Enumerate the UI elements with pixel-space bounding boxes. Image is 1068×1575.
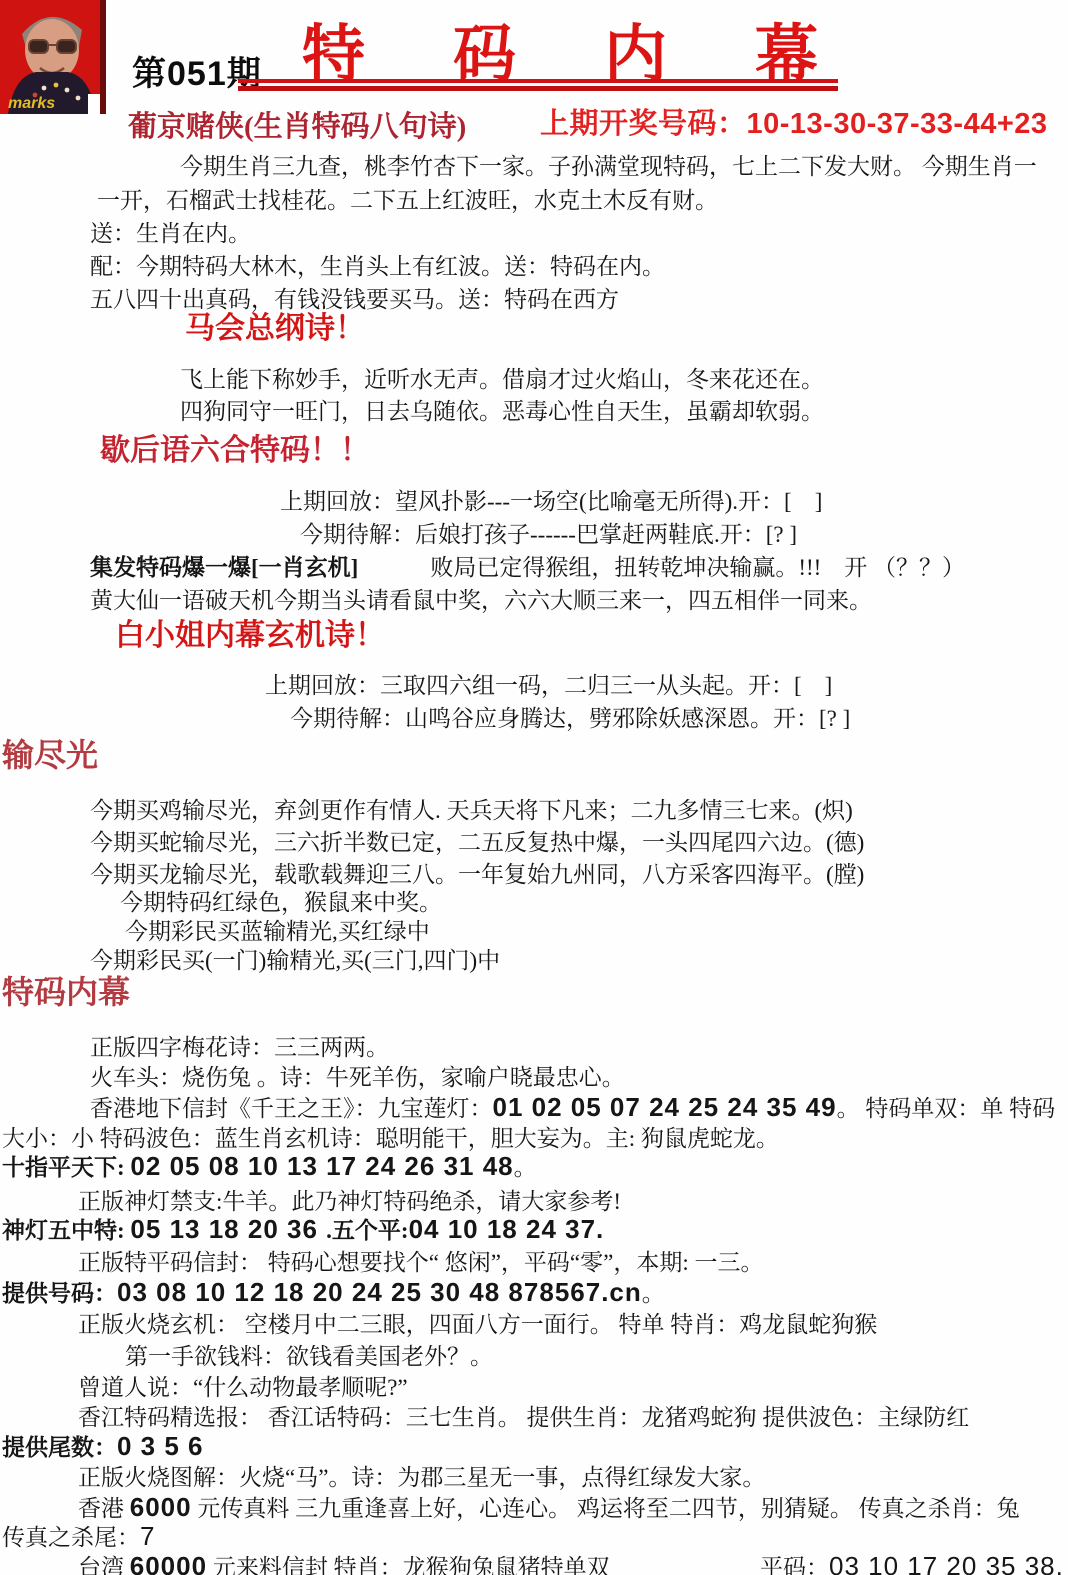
tip-line: 香港地下信封《千王之王》：九宝莲灯：01 02 05 07 24 25 24 3… <box>90 1092 1055 1124</box>
text-segment: 正版火烧图解：火烧“马”。诗：为郡三星无一事，点得红绿发大家。 <box>78 1465 765 1490</box>
text-segment: 今期待解：山鸣谷应身腾达，劈邪除妖感深恩。开：[? ] <box>290 706 850 731</box>
text-segment: 第一手欲钱料：欲钱看美国老外？。 <box>125 1344 493 1369</box>
sheet-body: 今期生肖三九查，桃李竹杏下一家。子孙满堂现特码，七上二下发大财。 今期生肖一一开… <box>0 0 1068 1575</box>
tip-line: 黄大仙一语破天机今期当头请看鼠中奖，六六大顺三来一，四五相伴一同来。 <box>90 586 872 616</box>
text-segment: 台湾 <box>78 1555 130 1575</box>
text-segment: 正版特平码信封： 特码心想要找个“ 悠闲”，平码“零”，本期: 一三。 <box>78 1250 763 1275</box>
text-segment: 马会总纲诗！ <box>185 312 365 345</box>
tip-line: 正版四字梅花诗：三三两两。 <box>90 1033 389 1063</box>
text-segment: 大小：小 特码波色：蓝生肖玄机诗：聪明能干，胆大妄为。主: 狗鼠虎蛇龙。 <box>2 1126 779 1151</box>
poem-line: 今期生肖三九查，桃李竹杏下一家。子孙满堂现特码，七上二下发大财。 今期生肖一 <box>180 152 1037 182</box>
text-segment: 四狗同守一旺门，日去乌随依。恶毒心性自天生，虽霸却软弱。 <box>180 399 824 424</box>
text-segment: 今期买龙输尽光，载歌载舞迎三八。一年复始九州同，八方采客四海平。(膛) <box>90 862 864 887</box>
text-segment: 五八四十出真码，有钱没钱要买马。送：特码在西方 <box>90 287 619 312</box>
number-sequence: 0 3 5 6 <box>117 1431 204 1461</box>
text-segment: 特码内幕 <box>2 974 130 1010</box>
text-segment: 香港地下信封《千王之王》：九宝莲灯： <box>90 1096 493 1121</box>
riddle-line: 今期待解：山鸣谷应身腾达，劈邪除妖感深恩。开：[? ] <box>290 704 850 734</box>
poem-line: 一开，石榴武士找桂花。二下五上红波旺，水克土木反有财。 <box>97 186 718 216</box>
text-segment: 今期彩民买蓝输精光,买红绿中 <box>125 919 430 944</box>
text-segment: 今期买蛇输尽光，三六折半数已定，二五反复热中爆，一头四尾四六边。(德) <box>90 830 864 855</box>
tip-line: 第一手欲钱料：欲钱看美国老外？。 <box>125 1342 493 1372</box>
number-sequence: 03 08 10 12 18 20 24 25 30 48 878567.cn <box>117 1277 642 1307</box>
poem-line: 送：生肖在内。 <box>90 219 251 249</box>
tip-line: 曾道人说：“什么动物最孝顺呢?” <box>78 1373 408 1403</box>
number-sequence: 7 <box>140 1521 155 1551</box>
text-segment: 正版四字梅花诗：三三两两。 <box>90 1035 389 1060</box>
text-segment: 神灯五中特: <box>2 1218 130 1243</box>
tip-line: 神灯五中特: 05 13 18 20 36 .五个平:04 10 18 24 3… <box>2 1214 604 1246</box>
tip-line: 集发特码爆一爆[一肖玄机]败局已定得猴组，扭转乾坤决输赢。!!! 开 （？？） <box>90 553 965 583</box>
poem-line: 四狗同守一旺门，日去乌随依。恶毒心性自天生，虽霸却软弱。 <box>180 397 824 427</box>
text-segment: 元传真料 三九重逢喜上好，心连心。 鸡运将至二四节，别猜疑。 传真之杀肖：兔 <box>192 1496 1020 1521</box>
text-segment: 传真之杀尾： <box>2 1525 140 1550</box>
tip-line: 香港 6000 元传真料 三九重逢喜上好，心连心。 鸡运将至二四节，别猜疑。 传… <box>78 1492 1020 1524</box>
number-sequence: 6000 <box>130 1492 192 1522</box>
text-segment: 十指平天下: <box>2 1155 130 1180</box>
section-heading-mahui: 马会总纲诗！ <box>185 314 365 344</box>
poem-line: 飞上能下称妙手，近听水无声。借扇才过火焰山，冬来花还在。 <box>180 365 824 395</box>
tip-line: 正版特平码信封： 特码心想要找个“ 悠闲”，平码“零”，本期: 一三。 <box>78 1248 763 1278</box>
text-segment: 。 特码单双：单 特码 <box>837 1096 1056 1121</box>
text-segment: .五个平: <box>326 1218 408 1243</box>
tip-line: 火车头：烧伤兔 。诗：牛死羊伤，家喻户晓最忠心。 <box>90 1063 625 1093</box>
number-sequence: 04 10 18 24 37. <box>409 1214 605 1244</box>
text-segment: 上期回放：望风扑影---一场空(比喻毫无所得).开：[ ] <box>280 489 822 514</box>
text-segment: 正版神灯禁支:牛羊。此乃神灯特码绝杀，请大家参考! <box>78 1189 621 1214</box>
text-segment: 元来料信封 特肖：龙猴狗兔鼠猪特单双 <box>207 1555 610 1575</box>
text-segment: 败局已定得猴组，扭转乾坤决输赢。!!! 开 （？？） <box>430 555 965 580</box>
poem-line: 五八四十出真码，有钱没钱要买马。送：特码在西方 <box>90 285 619 315</box>
tip-line: 十指平天下: 02 05 08 10 13 17 24 26 31 48。 <box>2 1151 537 1183</box>
tip-line: 今期买蛇输尽光，三六折半数已定，二五反复热中爆，一头四尾四六边。(德) <box>90 828 864 858</box>
tip-line: 今期彩民买(一门)输精光,买(三门,四门)中 <box>90 946 500 976</box>
text-segment: 今期彩民买(一门)输精光,买(三门,四门)中 <box>90 948 500 973</box>
text-segment: 今期生肖三九查，桃李竹杏下一家。子孙满堂现特码，七上二下发大财。 今期生肖一 <box>180 154 1037 179</box>
text-segment: 飞上能下称妙手，近听水无声。借扇才过火焰山，冬来花还在。 <box>180 367 824 392</box>
number-sequence: 05 13 18 20 36 <box>130 1214 326 1244</box>
tip-line: 平码：03 10 17 20 35 38. <box>760 1551 1064 1575</box>
tip-line: 提供尾数：0 3 5 6 <box>2 1431 204 1463</box>
tip-line: 今期买龙输尽光，载歌载舞迎三八。一年复始九州同，八方采客四海平。(膛) <box>90 860 864 890</box>
number-sequence: 02 05 08 10 13 17 24 26 31 48 <box>130 1151 513 1181</box>
tip-line: 香江特码精选报： 香江话特码：三七生肖。 提供生肖：龙猪鸡蛇狗 提供波色：主绿防… <box>78 1403 969 1433</box>
tip-line: 提供号码：03 08 10 12 18 20 24 25 30 48 87856… <box>2 1277 665 1309</box>
text-segment: 曾道人说：“什么动物最孝顺呢?” <box>78 1375 408 1400</box>
text-segment: 平码： <box>760 1555 829 1575</box>
section-heading-temaneimu: 特码内幕 <box>2 977 130 1007</box>
text-segment: 今期特码红绿色，猴鼠来中奖。 <box>120 890 442 915</box>
section-heading-baixiaojie: 白小姐内幕玄机诗！ <box>115 621 385 651</box>
text-segment: 。 <box>514 1155 537 1180</box>
text-segment: 今期待解：后娘打孩子------巴掌赶两鞋底.开：[? ] <box>300 522 797 547</box>
text-segment: 正版火烧玄机： 空楼月中二三眼，四面八方一面行。 特单 特肖：鸡龙鼠蛇狗猴 <box>78 1312 877 1337</box>
tip-line: 今期买鸡输尽光，弃剑更作有情人. 天兵天将下凡来；二九多情三七来。(炽) <box>90 796 853 826</box>
tip-line: 正版神灯禁支:牛羊。此乃神灯特码绝杀，请大家参考! <box>78 1187 621 1217</box>
tip-line: 正版火烧玄机： 空楼月中二三眼，四面八方一面行。 特单 特肖：鸡龙鼠蛇狗猴 <box>78 1310 877 1340</box>
number-sequence: 01 02 05 07 24 25 24 35 49 <box>493 1092 837 1122</box>
poem-line: 配：今期特码大林木，生肖头上有红波。送：特码在内。 <box>90 252 665 282</box>
text-segment: 歇后语六合特码！！ <box>100 434 370 467</box>
tip-line: 正版火烧图解：火烧“马”。诗：为郡三星无一事，点得红绿发大家。 <box>78 1463 765 1493</box>
text-segment: 今期买鸡输尽光，弃剑更作有情人. 天兵天将下凡来；二九多情三七来。(炽) <box>90 798 853 823</box>
text-segment: 火车头：烧伤兔 。诗：牛死羊伤，家喻户晓最忠心。 <box>90 1065 625 1090</box>
tip-line: 今期特码红绿色，猴鼠来中奖。 <box>120 888 442 918</box>
text-segment: 上期回放：三取四六组一码，二归三一从头起。开：[ ] <box>265 673 832 698</box>
text-segment: 白小姐内幕玄机诗！ <box>115 619 385 652</box>
number-sequence: 03 10 17 20 35 38. <box>829 1551 1064 1575</box>
riddle-line: 上期回放：望风扑影---一场空(比喻毫无所得).开：[ ] <box>280 487 822 517</box>
text-segment: 配：今期特码大林木，生肖头上有红波。送：特码在内。 <box>90 254 665 279</box>
tip-line: 大小：小 特码波色：蓝生肖玄机诗：聪明能干，胆大妄为。主: 狗鼠虎蛇龙。 <box>2 1124 779 1154</box>
riddle-line: 上期回放：三取四六组一码，二归三一从头起。开：[ ] <box>265 671 832 701</box>
text-segment: 。 <box>642 1281 665 1306</box>
text-segment: 一开，石榴武士找桂花。二下五上红波旺，水克土木反有财。 <box>97 188 718 213</box>
tip-line: 台湾 60000 元来料信封 特肖：龙猴狗兔鼠猪特单双 <box>78 1551 610 1575</box>
text-segment: 提供号码： <box>2 1281 117 1306</box>
text-segment: 香港 <box>78 1496 130 1521</box>
riddle-line: 今期待解：后娘打孩子------巴掌赶两鞋底.开：[? ] <box>300 520 797 550</box>
text-segment: 提供尾数： <box>2 1435 117 1460</box>
section-heading-xiehouyu: 歇后语六合特码！！ <box>100 436 370 466</box>
tip-line: 今期彩民买蓝输精光,买红绿中 <box>125 917 430 947</box>
text-segment: 集发特码爆一爆[一肖玄机] <box>90 555 358 580</box>
text-segment: 送：生肖在内。 <box>90 221 251 246</box>
text-segment: 香江特码精选报： 香江话特码：三七生肖。 提供生肖：龙猪鸡蛇狗 提供波色：主绿防… <box>78 1405 969 1430</box>
text-segment: 输尽光 <box>2 737 98 773</box>
number-sequence: 60000 <box>130 1551 207 1575</box>
tip-line: 传真之杀尾：7 <box>2 1521 155 1553</box>
text-segment: 黄大仙一语破天机今期当头请看鼠中奖，六六大顺三来一，四五相伴一同来。 <box>90 588 872 613</box>
section-heading-shujinguang: 输尽光 <box>2 740 98 770</box>
tip-sheet-page: marks 第051期 特码内幕 葡京赌侠(生肖特码八句诗) 上期开奖号码：10… <box>0 0 1068 1575</box>
